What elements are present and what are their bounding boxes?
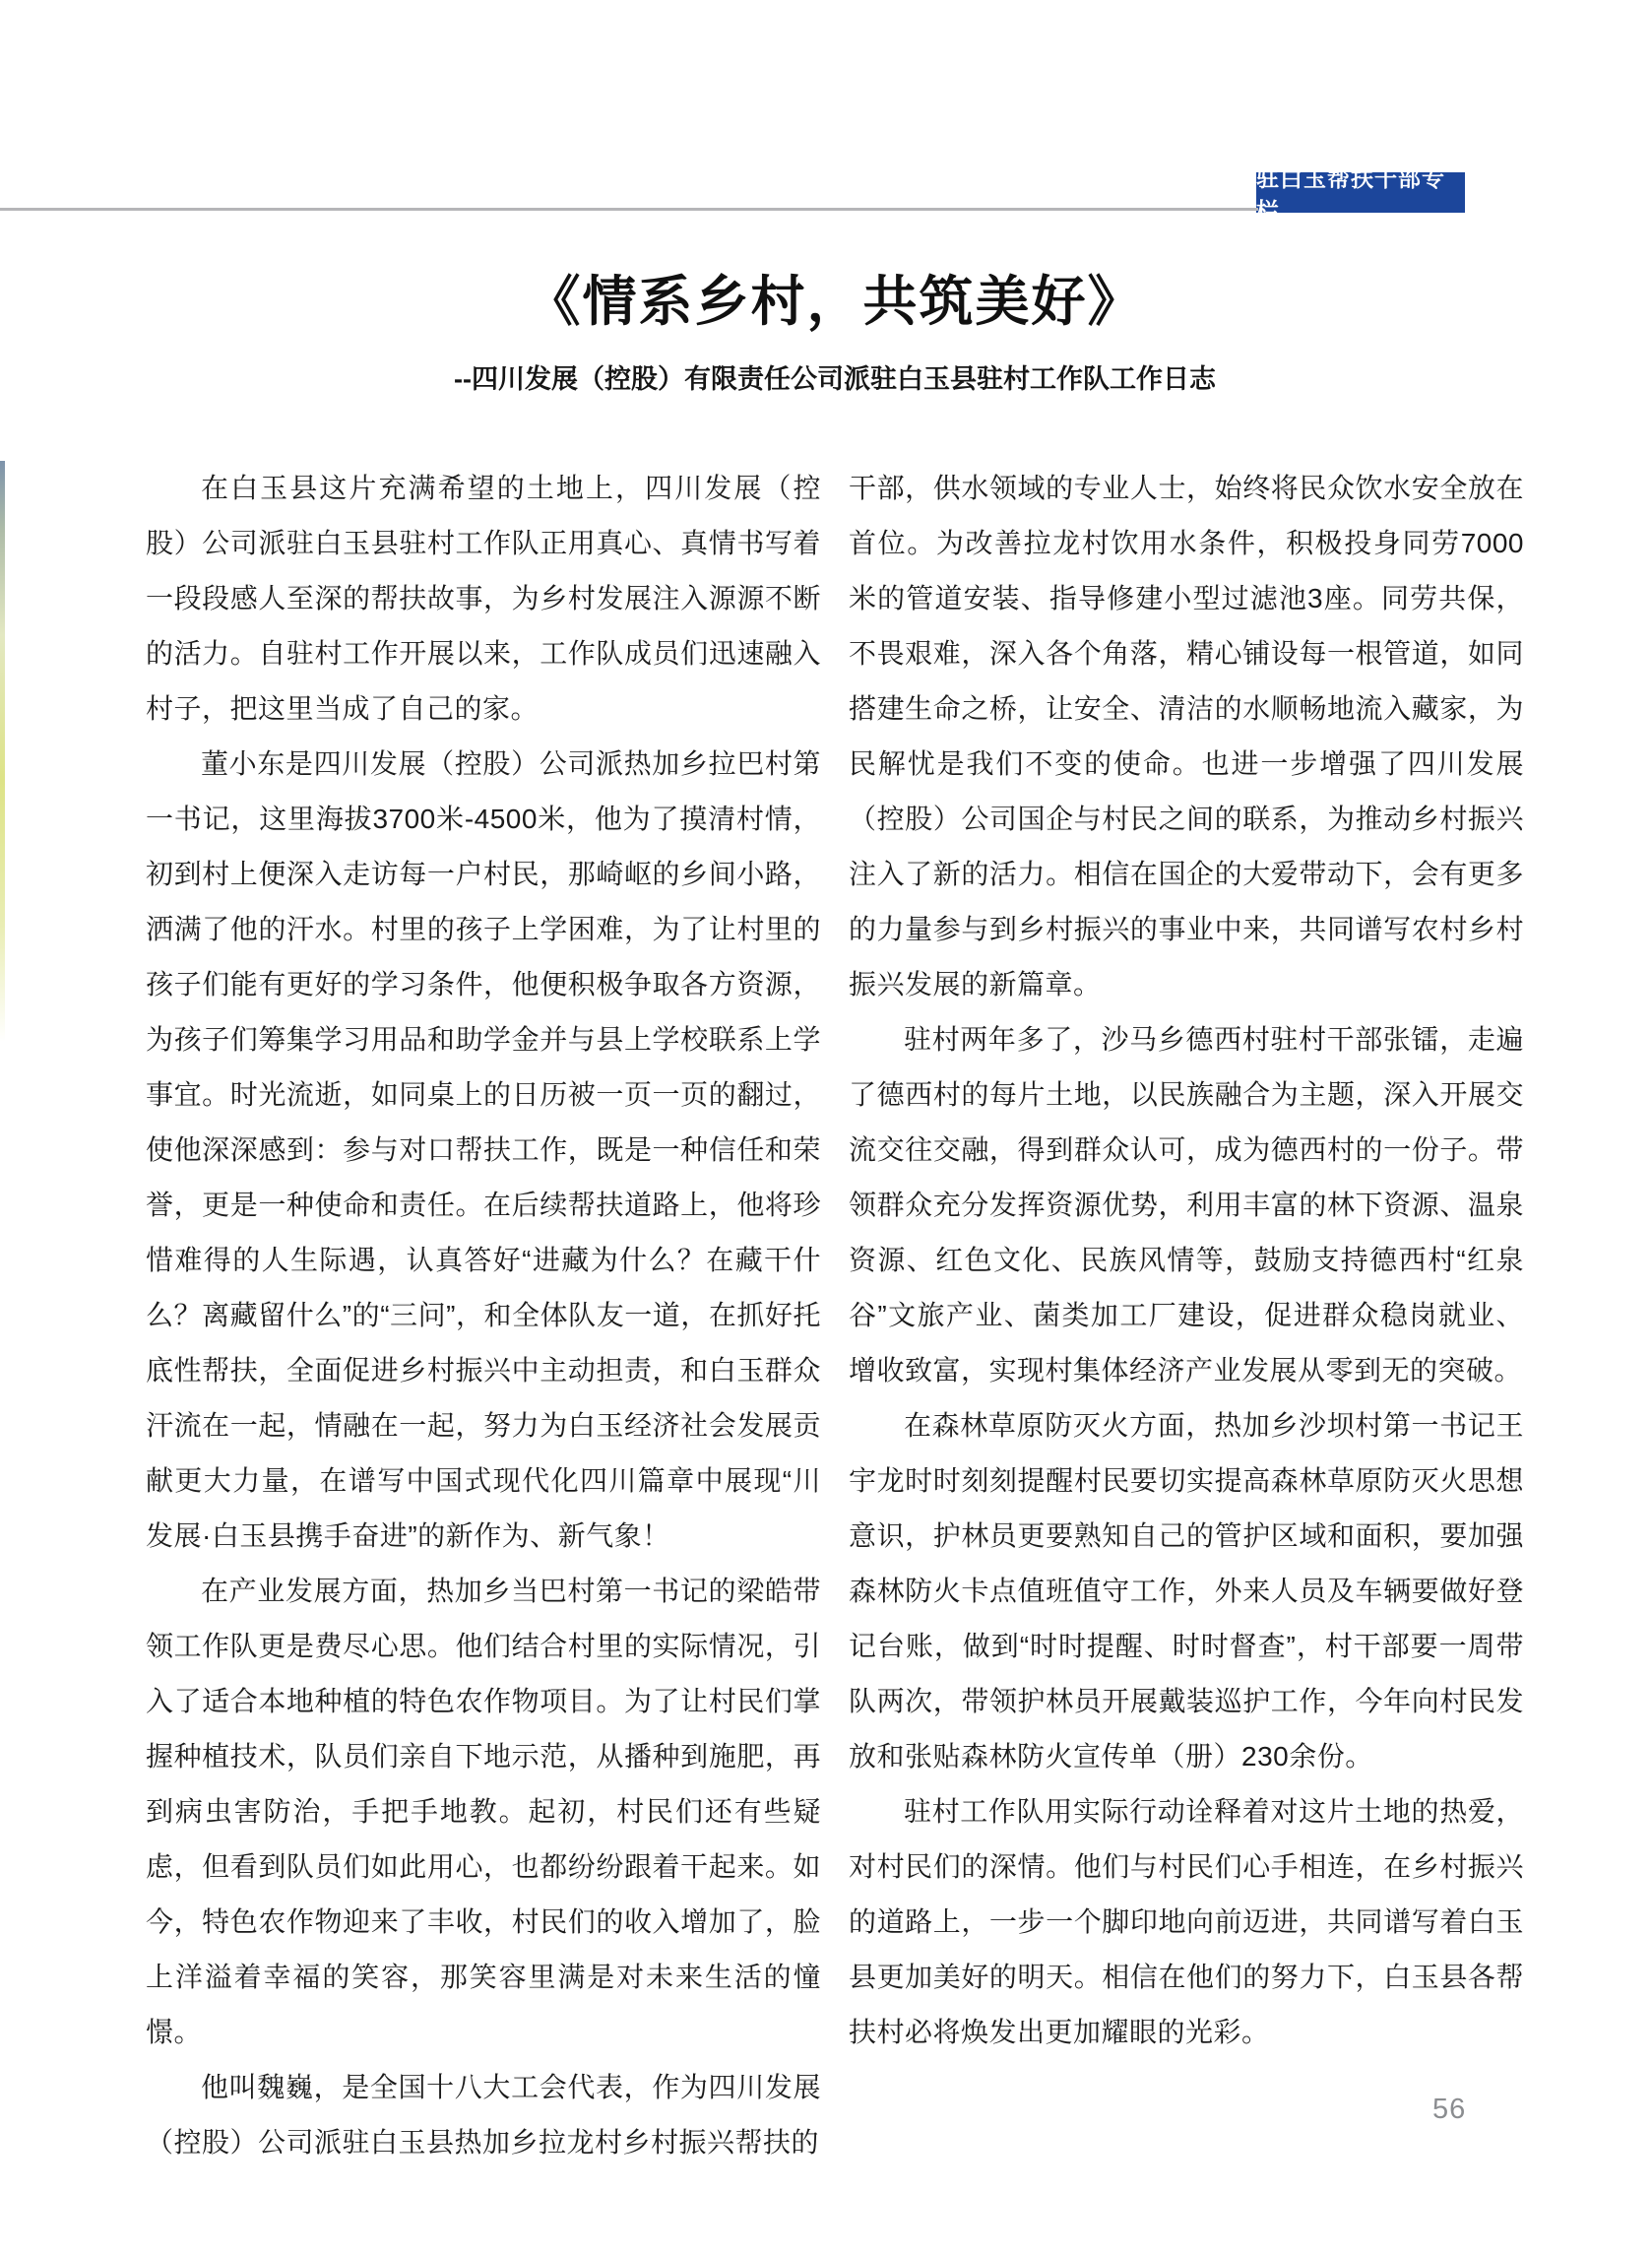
paragraph: 在产业发展方面，热加乡当巴村第一书记的梁皓带领工作队更是费尽心思。他们结合村里的… — [146, 1564, 821, 2060]
paragraph: 在森林草原防灭火方面，热加乡沙坝村第一书记王宇龙时时刻刻提醒村民要切实提高森林草… — [849, 1398, 1524, 1784]
paragraph: 驻村工作队用实际行动诠释着对这片土地的热爱，对村民们的深情。他们与村民们心手相连… — [849, 1784, 1524, 2060]
page-edge-color-strip — [0, 461, 5, 1042]
right-column: 干部，供水领域的专业人士，始终将民众饮水安全放在首位。为改善拉龙村饮用水条件，积… — [849, 461, 1524, 2170]
paragraph: 在白玉县这片充满希望的土地上，四川发展（控股）公司派驻白玉县驻村工作队正用真心、… — [146, 461, 821, 737]
left-column: 在白玉县这片充满希望的土地上，四川发展（控股）公司派驻白玉县驻村工作队正用真心、… — [146, 461, 821, 2170]
section-badge: 驻白玉帮扶干部专栏 — [1256, 172, 1465, 213]
article-subtitle: --四川发展（控股）有限责任公司派驻白玉县驻村工作队工作日志 — [146, 357, 1524, 396]
header-divider — [0, 208, 1258, 211]
article-body: 在白玉县这片充满希望的土地上，四川发展（控股）公司派驻白玉县驻村工作队正用真心、… — [146, 461, 1524, 2170]
paragraph: 干部，供水领域的专业人士，始终将民众饮水安全放在首位。为改善拉龙村饮用水条件，积… — [849, 461, 1524, 1012]
page-number: 56 — [1432, 2094, 1466, 2126]
paragraph: 他叫魏巍，是全国十八大工会代表，作为四川发展（控股）公司派驻白玉县热加乡拉龙村乡… — [146, 2060, 821, 2170]
paragraph: 董小东是四川发展（控股）公司派热加乡拉巴村第一书记，这里海拔3700米-4500… — [146, 737, 821, 1564]
section-badge-label: 驻白玉帮扶干部专栏 — [1256, 161, 1465, 226]
article-title: 《情系乡村，共筑美好》 — [146, 258, 1524, 336]
paragraph: 驻村两年多了，沙马乡德西村驻村干部张镭，走遍了德西村的每片土地，以民族融合为主题… — [849, 1012, 1524, 1398]
